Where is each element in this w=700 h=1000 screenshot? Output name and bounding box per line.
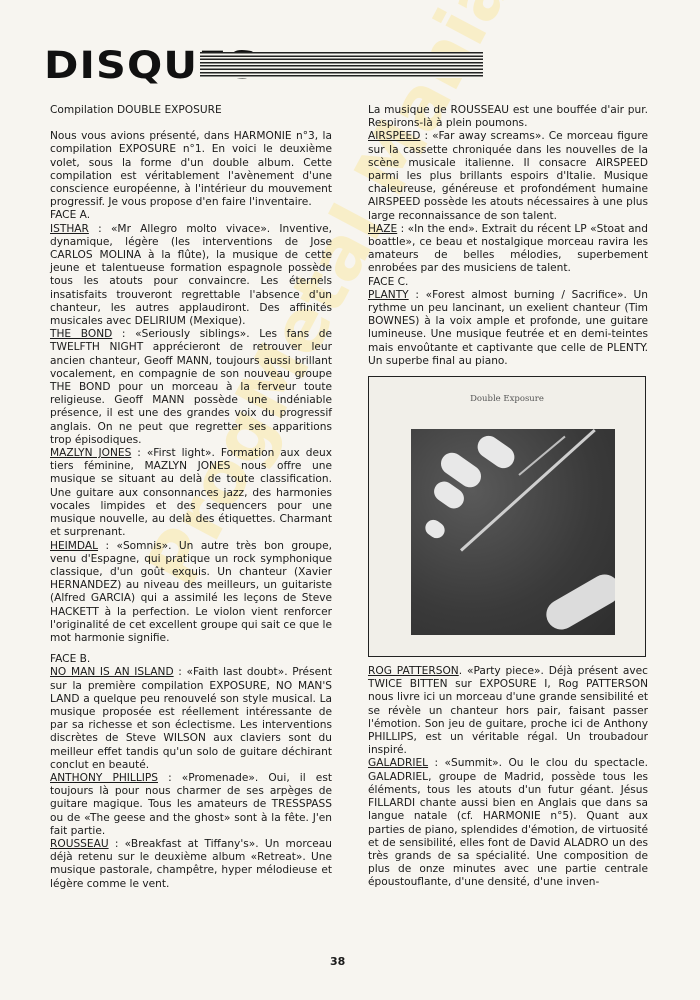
review-entry: GALADRIEL : «Summit». Ou le clou du spec… <box>368 757 648 889</box>
review-text: : «Mr Allegro molto vivace». Inventive, … <box>50 223 332 327</box>
page-number: 38 <box>330 955 345 968</box>
review-text: : «Far away screams». Ce morceau figure … <box>368 130 648 221</box>
review-text: : «Faith last doubt». Présent sur la pre… <box>50 666 332 770</box>
review-text: : «Somnis». Un autre très bon groupe, ve… <box>50 540 332 644</box>
review-text: : «In the end». Extrait du récent LP «St… <box>368 223 648 275</box>
face-c-heading: FACE C. <box>368 276 648 289</box>
review-entry: MAZLYN JONES : «First light». Formation … <box>50 447 332 539</box>
band-name: AIRSPEED <box>368 130 420 142</box>
band-name: HEIMDAL <box>50 540 98 552</box>
review-entry: THE BOND : «Seriously siblings». Les fan… <box>50 328 332 447</box>
spacer <box>50 645 332 653</box>
review-text: : «First light». Formation aux deux tier… <box>50 447 332 538</box>
right-column: La musique de ROUSSEAU est une bouffée d… <box>368 104 648 890</box>
band-name: ISTHAR <box>50 223 89 235</box>
cover-photo <box>411 429 615 635</box>
review-text: : «Summit». Ou le clou du spectacle. GAL… <box>368 757 648 888</box>
review-text: : «Forest almost burning / Sacrifice». U… <box>368 289 648 367</box>
face-a-heading: FACE A. <box>50 209 332 222</box>
review-entry: NO MAN IS AN ISLAND : «Faith last doubt»… <box>50 666 332 772</box>
review-entry: HAZE : «In the end». Extrait du récent L… <box>368 223 648 276</box>
face-b-heading: FACE B. <box>50 653 332 666</box>
review-text: . «Party piece». Déjà présent avec TWICE… <box>368 665 648 756</box>
guitar-string-shape <box>518 436 565 476</box>
review-entry: ROUSSEAU : «Breakfast at Tiffany's». Un … <box>50 838 332 891</box>
band-name: NO MAN IS AN ISLAND <box>50 666 174 678</box>
album-cover-image: Double Exposure <box>368 376 646 657</box>
review-entry: PLANTY : «Forest almost burning / Sacrif… <box>368 289 648 368</box>
article-subtitle: Compilation DOUBLE EXPOSURE <box>50 104 332 117</box>
review-entry: HEIMDAL : «Somnis». Un autre très bon gr… <box>50 540 332 646</box>
band-name: HAZE <box>368 223 397 235</box>
finger-shape <box>422 517 448 542</box>
review-text: : «Seriously siblings». Les fans de TWEL… <box>50 328 332 446</box>
band-name: MAZLYN JONES <box>50 447 131 459</box>
continuation-paragraph: La musique de ROUSSEAU est une bouffée d… <box>368 104 648 130</box>
review-entry: AIRSPEED : «Far away screams». Ce morcea… <box>368 130 648 222</box>
header-rule <box>200 52 483 78</box>
intro-paragraph: Nous vous avions présenté, dans HARMONIE… <box>50 130 332 209</box>
band-name: THE BOND <box>50 328 112 340</box>
review-entry: ISTHAR : «Mr Allegro molto vivace». Inve… <box>50 223 332 329</box>
thumb-shape <box>541 569 615 635</box>
band-name: GALADRIEL <box>368 757 428 769</box>
left-column: Compilation DOUBLE EXPOSURE Nous vous av… <box>50 104 332 891</box>
band-name: PLANTY <box>368 289 409 301</box>
band-name: ANTHONY PHILLIPS <box>50 772 158 784</box>
review-entry: ROG PATTERSON. «Party piece». Déjà prése… <box>368 665 648 757</box>
review-entry: ANTHONY PHILLIPS : «Promenade». Oui, il … <box>50 772 332 838</box>
cover-title: Double Exposure <box>369 393 645 406</box>
band-name: ROUSSEAU <box>50 838 109 850</box>
band-name: ROG PATTERSON <box>368 665 459 677</box>
striped-bar-decoration <box>200 52 483 78</box>
magazine-page: ProgMetal Mania DISQUES Compilation DOUB… <box>0 0 700 1000</box>
finger-shape <box>473 432 518 473</box>
